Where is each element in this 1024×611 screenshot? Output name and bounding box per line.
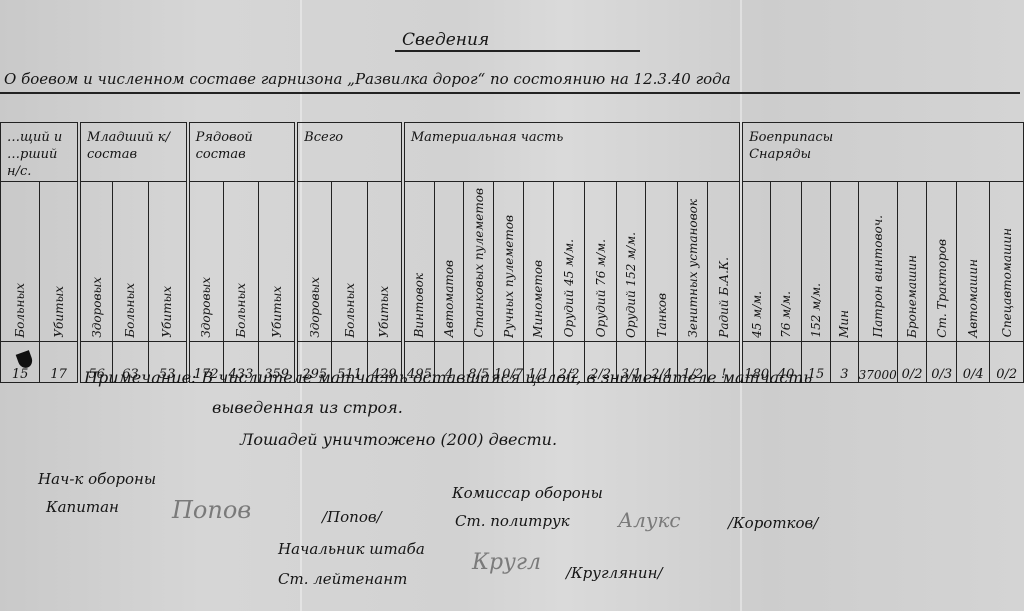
group-materiel: Материальная часть bbox=[403, 123, 741, 182]
col-header: Убитых bbox=[259, 182, 296, 342]
commissar-signature: Алукс bbox=[618, 508, 681, 532]
document-subtitle: О боевом и численном составе гарнизона „… bbox=[4, 70, 731, 88]
col-header: Автомашин bbox=[956, 182, 989, 342]
group-ammunition: Боеприпасы Снаряды bbox=[741, 123, 1023, 182]
col-header: Больных bbox=[332, 182, 368, 342]
table-cell: 0/3 bbox=[927, 342, 957, 383]
col-header: Убитых bbox=[40, 182, 79, 342]
table-cell: 0/2 bbox=[897, 342, 927, 383]
col-header: Бронемашин bbox=[897, 182, 927, 342]
commander-title-2: Капитан bbox=[46, 498, 119, 516]
col-header: Здоровых bbox=[188, 182, 224, 342]
col-header: Больных bbox=[223, 182, 259, 342]
commissar-title-1: Комиссар обороны bbox=[452, 484, 603, 502]
col-header: 45 м/м. bbox=[741, 182, 771, 342]
title-underline bbox=[395, 50, 640, 52]
group-privates: Рядовой состав bbox=[188, 123, 297, 182]
col-header: Ст. Тракторов bbox=[927, 182, 957, 342]
chief-signature: Кругл bbox=[472, 550, 541, 575]
note-line-3: Лошадей уничтожено (200) двести. bbox=[240, 430, 557, 449]
col-header: Орудий 76 м/м. bbox=[585, 182, 617, 342]
col-header: Ручных пулеметов bbox=[493, 182, 523, 342]
table-cell: 17 bbox=[40, 342, 79, 383]
col-header: Патрон винтовоч. bbox=[858, 182, 897, 342]
col-header: Орудий 45 м/м. bbox=[553, 182, 585, 342]
table-cell: 37000 bbox=[858, 342, 897, 383]
note-line-1: Примечание: В числителе матчасть оставша… bbox=[84, 368, 812, 387]
group-header-row: …щий и …рший н/с. Младший к/состав Рядов… bbox=[1, 123, 1024, 182]
table-cell: 0/4 bbox=[956, 342, 989, 383]
col-header: Мин bbox=[831, 182, 858, 342]
group-officers: …щий и …рший н/с. bbox=[1, 123, 80, 182]
group-junior-nco: Младший к/состав bbox=[79, 123, 188, 182]
col-header: Орудий 152 м/м. bbox=[616, 182, 646, 342]
col-header: Убитых bbox=[148, 182, 187, 342]
col-header: 76 м/м. bbox=[771, 182, 801, 342]
note-line-2: выведенная из строя. bbox=[212, 398, 403, 417]
commander-signature: Попов bbox=[172, 496, 251, 524]
ammunition-label: Боеприпасы bbox=[749, 130, 833, 145]
chief-name: /Круглянин/ bbox=[566, 564, 663, 582]
subtitle-underline bbox=[0, 92, 1020, 94]
table-cell: 0/2 bbox=[990, 342, 1024, 383]
col-header: Здоровых bbox=[296, 182, 332, 342]
col-header: Спецавтомашин bbox=[990, 182, 1024, 342]
col-header: Радий Б.А.К. bbox=[708, 182, 741, 342]
garrison-table: …щий и …рший н/с. Младший к/состав Рядов… bbox=[0, 122, 1024, 383]
col-header: Автоматов bbox=[435, 182, 464, 342]
col-header: Винтовок bbox=[403, 182, 435, 342]
col-header: Зенитных установок bbox=[677, 182, 708, 342]
col-header: Минометов bbox=[524, 182, 554, 342]
commissar-title-2: Ст. политрук bbox=[455, 512, 570, 530]
col-header: Станковых пулеметов bbox=[464, 182, 494, 342]
commander-title-1: Нач-к обороны bbox=[38, 470, 156, 488]
document-title: Сведения bbox=[402, 30, 489, 50]
group-total: Всего bbox=[296, 123, 403, 182]
col-header: Больных bbox=[113, 182, 149, 342]
chief-title-1: Начальник штаба bbox=[278, 540, 425, 558]
table-cell: 3 bbox=[831, 342, 858, 383]
col-header: Танков bbox=[646, 182, 678, 342]
chief-title-2: Ст. лейтенант bbox=[278, 570, 407, 588]
col-header: Больных bbox=[1, 182, 40, 342]
commissar-name: /Коротков/ bbox=[728, 514, 818, 532]
col-header: Здоровых bbox=[79, 182, 113, 342]
shells-label: Снаряды bbox=[749, 147, 811, 162]
commander-name: /Попов/ bbox=[322, 508, 382, 526]
col-header: Убитых bbox=[367, 182, 403, 342]
col-header: 152 м/м. bbox=[801, 182, 830, 342]
column-header-row: Больных Убитых Здоровых Больных Убитых З… bbox=[1, 182, 1024, 342]
